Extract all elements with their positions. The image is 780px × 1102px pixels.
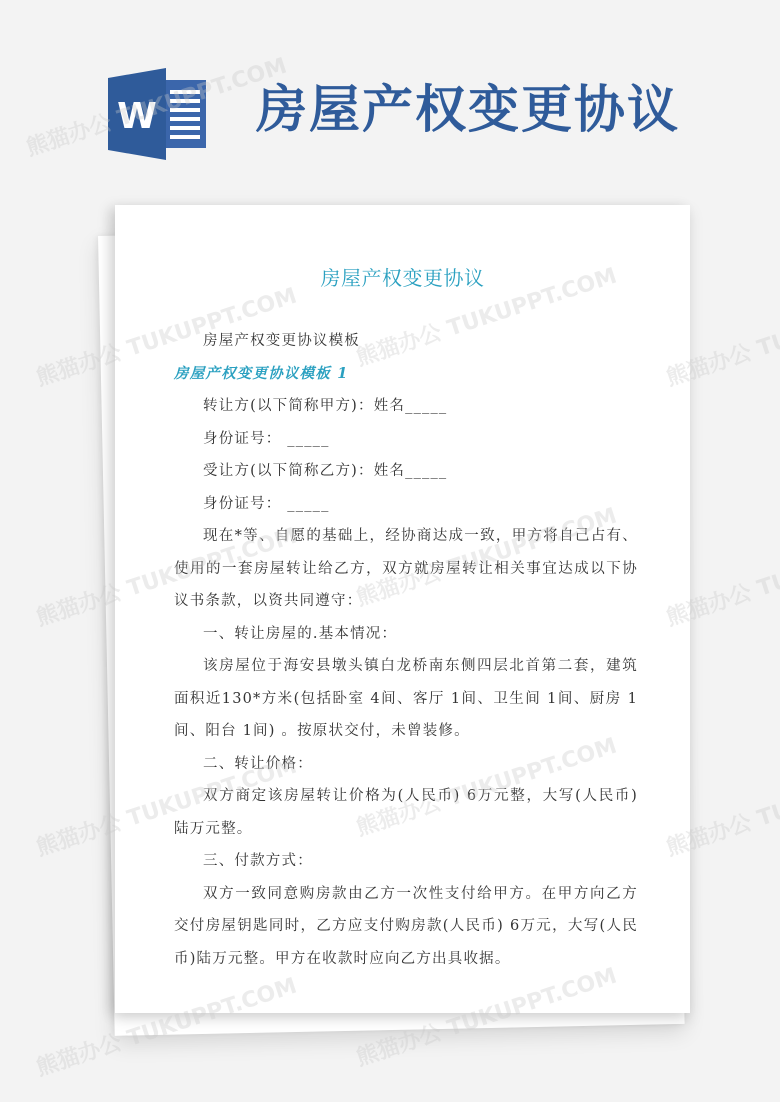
svg-text:W: W	[117, 96, 157, 137]
transferee-name-line: 受让方(以下简称乙方)：姓名_____	[174, 455, 638, 488]
payment-paragraph: 双方一致同意购房款由乙方一次性支付给甲方。在甲方向乙方交付房屋钥匙同时，乙方应支…	[174, 878, 638, 976]
banner-header: W 房屋产权变更协议	[0, 0, 780, 190]
section-heading-1: 一、转让房屋的.基本情况：	[174, 618, 638, 651]
template-label: 房屋产权变更协议模板	[174, 325, 638, 358]
section-heading-3: 三、付款方式：	[174, 845, 638, 878]
section-heading-2: 二、转让价格：	[174, 748, 638, 781]
price-paragraph: 双方商定该房屋转让价格为(人民币) 6万元整，大写(人民币)陆万元整。	[174, 780, 638, 845]
banner-title: 房屋产权变更协议	[256, 72, 680, 148]
transferee-id-line: 身份证号： _____	[174, 488, 638, 521]
document-page: 房屋产权变更协议 房屋产权变更协议模板 房屋产权变更协议模板 1 转让方(以下简…	[115, 205, 690, 1013]
transferor-name-line: 转让方(以下简称甲方)：姓名_____	[174, 390, 638, 423]
template-heading: 房屋产权变更协议模板 1	[174, 358, 638, 391]
property-description-paragraph: 该房屋位于海安县墩头镇白龙桥南东侧四层北首第二套，建筑面积近130*方米(包括卧…	[174, 650, 638, 748]
document-body: 房屋产权变更协议模板 房屋产权变更协议模板 1 转让方(以下简称甲方)：姓名__…	[174, 325, 638, 975]
word-icon: W	[108, 68, 208, 160]
document-title: 房屋产权变更协议	[115, 262, 690, 291]
preamble-paragraph: 现在*等、自愿的基础上，经协商达成一致，甲方将自己占有、使用的一套房屋转让给乙方…	[174, 520, 638, 618]
transferor-id-line: 身份证号： _____	[174, 423, 638, 456]
